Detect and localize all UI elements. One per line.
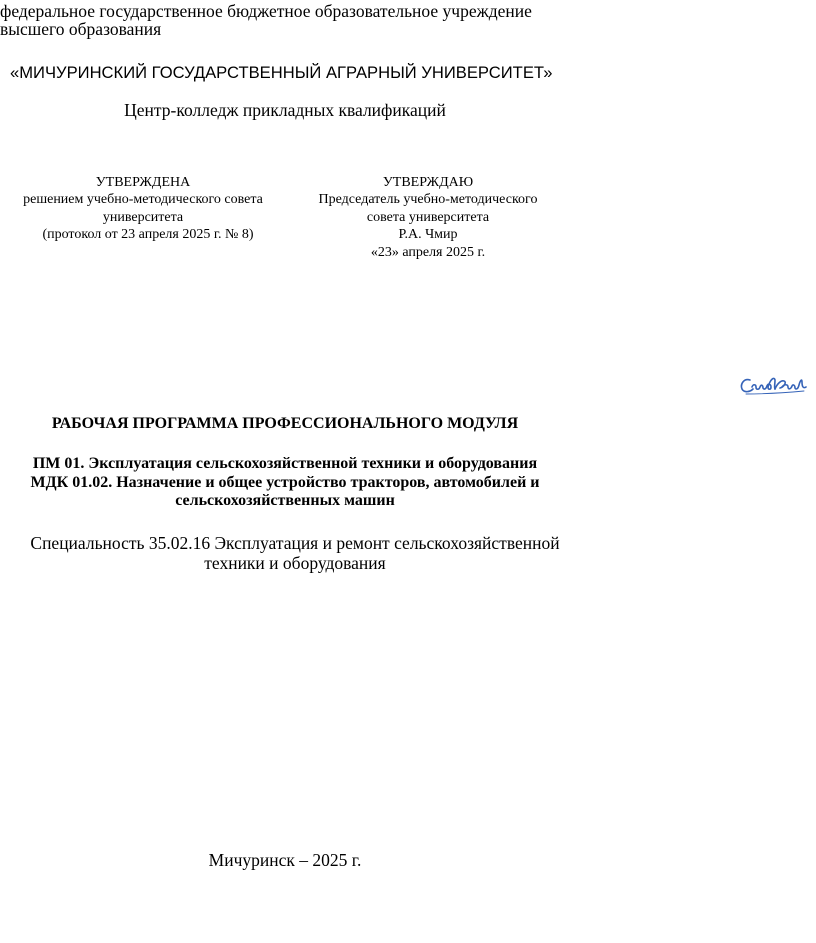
approval-line: совета университета: [290, 209, 566, 226]
approval-block-council: УТВЕРЖДЕНА решением учебно-методического…: [0, 174, 286, 244]
module-line: сельскохозяйственных машин: [0, 492, 570, 511]
approval-heading: УТВЕРЖДЕНА: [0, 174, 286, 191]
module-description: ПМ 01. Эксплуатация сельскохозяйственной…: [0, 455, 570, 511]
document-title: РАБОЧАЯ ПРОГРАММА ПРОФЕССИОНАЛЬНОГО МОДУ…: [0, 414, 570, 434]
module-line: ПМ 01. Эксплуатация сельскохозяйственной…: [0, 455, 570, 474]
specialty-description: Специальность 35.02.16 Эксплуатация и ре…: [0, 533, 590, 573]
approver-name: Р.А. Чмир: [290, 226, 566, 243]
approval-line: университета: [0, 209, 286, 226]
organization-type-line-1: федеральное государственное бюджетное об…: [0, 2, 532, 20]
college-name: Центр-колледж прикладных квалификаций: [0, 100, 570, 120]
city-year: Мичуринск – 2025 г.: [0, 850, 570, 870]
signature-icon: [738, 372, 810, 400]
approval-date: «23» апреля 2025 г.: [290, 244, 566, 261]
approval-heading: УТВЕРЖДАЮ: [290, 174, 566, 191]
specialty-line: Специальность 35.02.16 Эксплуатация и ре…: [0, 533, 590, 553]
approval-line: Председатель учебно-методического: [290, 191, 566, 208]
approval-line: решением учебно-методического совета: [0, 191, 286, 208]
approval-protocol: (протокол от 23 апреля 2025 г. № 8): [0, 226, 286, 243]
organization-type-line-2: высшего образования: [0, 20, 161, 38]
specialty-line: техники и оборудования: [0, 553, 590, 573]
university-name: «МИЧУРИНСКИЙ ГОСУДАРСТВЕННЫЙ АГРАРНЫЙ УН…: [10, 63, 553, 83]
approval-block-chairman: УТВЕРЖДАЮ Председатель учебно-методическ…: [290, 174, 566, 261]
module-line: МДК 01.02. Назначение и общее устройство…: [0, 474, 570, 493]
